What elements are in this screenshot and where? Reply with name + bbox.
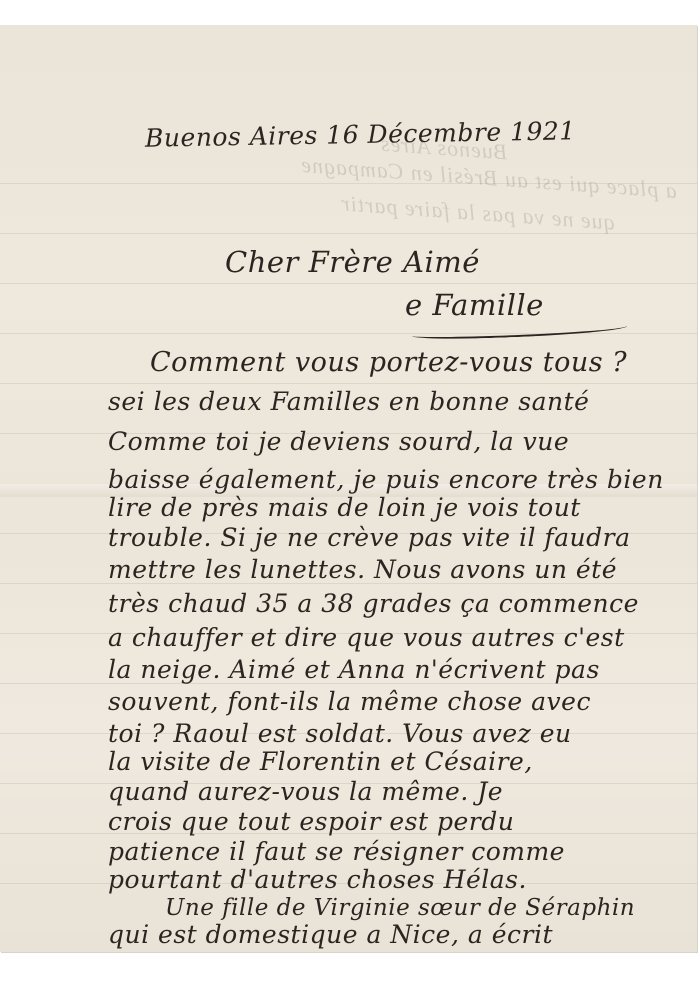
body-line: souvent, font-ils la même chose avec	[108, 687, 591, 716]
paper-rule	[0, 383, 697, 384]
body-line: a chauffer et dire que vous autres c'est	[108, 623, 625, 652]
body-line: Une fille de Virginie sœur de Séraphin	[165, 895, 635, 921]
body-line: qui est domestique a Nice, a écrit	[108, 920, 553, 949]
body-line: la neige. Aimé et Anna n'écrivent pas	[108, 655, 600, 684]
salutation-line-2: e Famille	[405, 288, 544, 322]
letter-page: Buenos Aires a place qui est au Brésil e…	[0, 25, 697, 952]
body-line: patience il faut se résigner comme	[108, 837, 565, 866]
body-line: lire de près mais de loin je vois tout	[108, 493, 581, 522]
body-line: mettre les lunettes. Nous avons un été	[108, 555, 617, 584]
paper-rule	[0, 333, 697, 334]
salutation-underline	[412, 321, 627, 340]
bleed-through-text: que ne va pas la faire partir	[339, 190, 615, 235]
salutation-line-1: Cher Frère Aimé	[225, 245, 480, 279]
body-line: baisse également, je puis encore très bi…	[108, 465, 664, 494]
body-line: Comme toi je deviens sourd, la vue	[108, 427, 569, 456]
body-line: très chaud 35 a 38 grades ça commence	[108, 589, 639, 618]
letter-dateline: Buenos Aires 16 Décembre 1921	[145, 116, 576, 153]
paper-rule	[0, 283, 697, 284]
body-line: Comment vous portez-vous tous ?	[150, 347, 627, 378]
body-line: pourtant d'autres choses Hélas.	[108, 865, 527, 894]
body-line: trouble. Si je ne crève pas vite il faud…	[108, 523, 631, 552]
body-line: toi ? Raoul est soldat. Vous avez eu	[108, 719, 572, 748]
body-line: crois que tout espoir est perdu	[108, 807, 514, 836]
body-line: sei les deux Familles en bonne santé	[108, 387, 589, 416]
body-line: quand aurez-vous la même. Je	[108, 777, 503, 806]
body-line: la visite de Florentin et Césaire,	[108, 747, 533, 776]
